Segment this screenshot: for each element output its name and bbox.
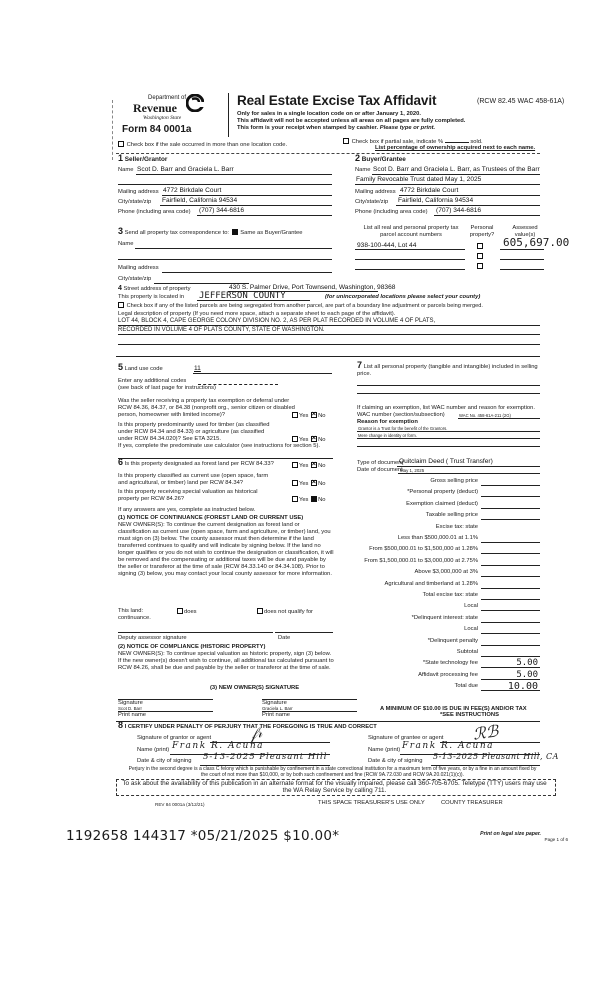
doc-type-field[interactable]: Quitclaim Deed ( Trust Transfer) xyxy=(399,458,493,465)
historic-no-checkbox[interactable] xyxy=(311,496,317,502)
buyer-address-label: Mailing address xyxy=(355,189,396,196)
buyer-phone-label: Phone (including area code) xyxy=(355,209,428,216)
grantor-name-field[interactable]: Frank R. Acuna xyxy=(172,741,264,751)
tax-row-label: Gross selling price xyxy=(430,478,478,485)
tax-row-label: *Delinquent penalty xyxy=(428,638,478,645)
notice1-title: (1) NOTICE OF CONTINUANCE (FOREST LAND O… xyxy=(118,515,303,522)
subtitle-2: This affidavit will not be accepted unle… xyxy=(237,118,465,125)
parcel-number-field[interactable] xyxy=(355,259,465,260)
grantee-date-city-label: Date & city of signing xyxy=(368,758,422,765)
no-label: No xyxy=(318,497,325,503)
corr-name-field[interactable] xyxy=(135,248,332,249)
current-use-no-checkbox[interactable] xyxy=(311,480,317,486)
assessed-value-field[interactable] xyxy=(500,269,544,270)
doc-date-label: Date of document xyxy=(357,467,403,474)
parcels-col-parcel: List all real and personal property tax … xyxy=(355,225,467,239)
reason-label: Reason for exemption xyxy=(357,419,418,426)
multi-location-checkbox[interactable] xyxy=(118,141,124,147)
buyer-name-field-1[interactable]: Scot D. Barr and Graciela L. Barr, as Tr… xyxy=(373,166,540,173)
correspondence-number: 3 xyxy=(118,226,123,236)
notice1-body: NEW OWNER(S): To continue the current de… xyxy=(118,522,334,578)
tax-row-label: Above $3,000,000 at 3% xyxy=(415,569,479,576)
perjury-statement: Perjury in the second degree is a class … xyxy=(125,767,540,779)
current-use-question: Is this property classified as current u… xyxy=(118,473,278,487)
section6-number: 6 xyxy=(118,457,123,467)
seller-city-label: City/state/zip xyxy=(118,199,151,206)
buyer-number: 2 xyxy=(355,153,360,163)
tax-row-value[interactable]: 10.00 xyxy=(508,681,538,692)
located-note: (for unincorporated locations please sel… xyxy=(325,294,480,301)
legal-desc-line-2[interactable]: RECORDED IN VOLUME 4 OF PLATS COUNTY, ST… xyxy=(118,327,325,333)
seller-heading: Seller/Grantor xyxy=(125,156,168,163)
tax-row-label: Total due xyxy=(454,683,478,690)
seller-number: 1 xyxy=(118,153,123,163)
multi-location-label: Check box if the sale occurred in more t… xyxy=(127,142,287,148)
affidavit-page: Department of Revenue Washington State F… xyxy=(0,0,600,998)
does-qualify-checkbox[interactable] xyxy=(177,608,183,614)
same-as-buyer-label: Same as Buyer/Grantee xyxy=(240,230,302,236)
section8-number: 8 xyxy=(118,720,123,730)
seller-address-field[interactable]: 4772 Birkdale Court xyxy=(163,187,221,194)
exemption-question: Was the seller receiving a property tax … xyxy=(118,398,298,419)
tax-row-label: Local xyxy=(464,603,478,610)
seller-phone-field[interactable]: (707) 344-6816 xyxy=(199,207,244,214)
street-label: Street address of property xyxy=(124,286,191,292)
print-name-label: Print name xyxy=(118,712,146,719)
deputy-date-field[interactable] xyxy=(275,632,333,633)
tax-row-label: *State technology fee xyxy=(423,660,478,667)
seller-city-field[interactable]: Fairfield, California 94534 xyxy=(162,197,237,204)
segregated-checkbox[interactable] xyxy=(118,302,124,308)
corr-city-label: City/state/zip xyxy=(118,276,151,283)
does-label: does xyxy=(184,609,197,615)
print-name-label: Print name xyxy=(262,712,290,719)
historic-yes-checkbox[interactable] xyxy=(292,496,298,502)
tax-row-label: *Personal property (deduct) xyxy=(407,489,478,496)
buyer-city-label: City/state/zip xyxy=(355,199,388,206)
does-not-label: does not qualify for xyxy=(264,609,313,615)
seller-name-field[interactable]: Scot D. Barr and Graciela L. Barr xyxy=(137,166,234,173)
yes-label: Yes xyxy=(299,497,308,503)
continuance-label: continuance. xyxy=(118,615,151,622)
dept-revenue: Revenue xyxy=(133,101,177,116)
buyer-heading: Buyer/Grantee xyxy=(362,156,406,163)
corr-name-label: Name xyxy=(118,241,133,248)
print-note: Print on legal size paper. xyxy=(480,831,541,837)
buyer-phone-field[interactable]: (707) 344-6816 xyxy=(436,207,481,214)
subtitle-3-italic: Please type or print. xyxy=(380,125,435,131)
no-label: No xyxy=(318,481,325,487)
parcel-number-field[interactable] xyxy=(355,269,465,270)
does-not-qualify-checkbox[interactable] xyxy=(257,608,263,614)
legal-desc-label: Legal description of property (If you ne… xyxy=(118,311,395,318)
notice2-title: (2) NOTICE OF COMPLIANCE (HISTORIC PROPE… xyxy=(118,644,265,651)
form-title-ref: (RCW 82.45 WAC 458-61A) xyxy=(477,98,564,105)
deputy-sig-label: Deputy assessor signature xyxy=(118,635,187,642)
this-land-label: This land: xyxy=(118,608,143,615)
personal-property-checkbox[interactable] xyxy=(477,243,483,249)
tax-row-label: *Delinquent interest: state xyxy=(412,615,478,622)
section5-number: 5 xyxy=(118,362,123,372)
assessed-value-field[interactable] xyxy=(500,259,544,260)
legal-desc-line-1[interactable]: LOT 44, BLOCK 4, CAPE GEORGE COLONY DIVI… xyxy=(118,318,435,324)
tax-row-label: Subtotal xyxy=(457,649,478,656)
exemption-label: If claiming an exemption, list WAC numbe… xyxy=(357,405,535,412)
personal-property-field[interactable] xyxy=(357,385,540,386)
buyer-name-label: Name xyxy=(355,167,370,174)
personal-property-label: List all personal property (tangible and… xyxy=(357,364,538,377)
tax-row-value[interactable]: 5.00 xyxy=(516,670,538,680)
deputy-signature-field[interactable] xyxy=(118,632,273,633)
wac-label: WAC number (section/subsection) xyxy=(357,412,445,419)
partial-percent-field[interactable] xyxy=(445,142,469,143)
timber-question: Is this property predominantly used for … xyxy=(118,422,278,443)
additional-codes-label: Enter any additional codes xyxy=(118,378,186,385)
county-treasurer-label: COUNTY TREASURER xyxy=(441,800,503,807)
land-use-code-field[interactable]: 11 xyxy=(194,365,201,372)
tax-row-label: Local xyxy=(464,626,478,633)
no-label: No xyxy=(318,413,325,419)
parcels-col-personal: Personal property? xyxy=(467,225,497,239)
rev-number: REV 84 0001a (3/12/21) xyxy=(155,802,205,808)
tax-row-label: Affidavit processing fee xyxy=(418,672,478,679)
seller-name-label: Name xyxy=(118,167,133,174)
personal-property-checkbox[interactable] xyxy=(477,253,483,259)
assessed-value-field[interactable]: 605,697.00 xyxy=(503,236,569,249)
if-yes-note: If any answers are yes, complete as inst… xyxy=(118,507,255,514)
tax-row-label: Excise tax: state xyxy=(436,524,478,531)
accessibility-note: To ask about the availability of this pu… xyxy=(122,781,547,794)
seller-phone-label: Phone (including area code) xyxy=(118,209,191,216)
segregated-label: Check box if any of the listed parcels a… xyxy=(127,303,483,309)
additional-codes-note: (see back of last page for instructions) xyxy=(118,385,216,392)
grantee-date-city-field[interactable]: 5-13-2025 Pleasant Hill, CA xyxy=(433,752,559,761)
yes-label: Yes xyxy=(299,481,308,487)
forest-question: Is this property designated as forest la… xyxy=(125,461,274,467)
tax-row-label: Agricultural and timberland at 1.28% xyxy=(385,581,478,588)
see-instructions: *SEE INSTRUCTIONS xyxy=(440,712,499,719)
buyer-address-field[interactable]: 4772 Birkdale Court xyxy=(400,187,458,194)
tax-row-label: Total excise tax: state xyxy=(423,592,478,599)
tax-row-label: Exemption claimed (deduct) xyxy=(406,501,478,508)
header-divider xyxy=(228,93,229,137)
grantor-date-city-label: Date & city of signing xyxy=(137,758,191,765)
margin-mark xyxy=(112,100,113,160)
tax-row-label: Less than $500,000.01 at 1.1% xyxy=(398,535,478,542)
forest-no-checkbox[interactable] xyxy=(311,462,317,468)
corr-address-field[interactable] xyxy=(162,272,332,273)
yes-label: Yes xyxy=(299,463,308,469)
property-number: 4 xyxy=(118,285,122,292)
exemption-yes-checkbox[interactable] xyxy=(292,412,298,418)
yes-label: Yes xyxy=(299,413,308,419)
form-number: Form 84 0001a xyxy=(122,124,192,135)
timber-yes-checkbox[interactable] xyxy=(292,436,298,442)
tax-row-value[interactable]: 5.00 xyxy=(516,658,538,668)
tax-row-label: From $500,000.01 to $1,500,000 at 1.28% xyxy=(369,546,478,553)
tax-row-label: From $1,500,000.01 to $3,000,000 at 2.75… xyxy=(364,558,478,565)
grantee-name-field[interactable]: Frank R. Acuna xyxy=(402,741,494,751)
exemption-no-checkbox[interactable] xyxy=(311,412,317,418)
current-use-yes-checkbox[interactable] xyxy=(292,480,298,486)
revenue-logo-icon xyxy=(186,94,204,112)
page-number: Page 1 of 6 xyxy=(545,837,569,842)
section7-number: 7 xyxy=(357,360,362,370)
notice2-body: NEW OWNER(S): To continue special valuat… xyxy=(118,651,334,672)
grantor-date-city-field[interactable]: 5-13-2025 Pleasant Hill xyxy=(203,752,327,762)
street-address-field[interactable]: 430 S. Palmer Drive, Port Townsend, Wash… xyxy=(229,284,395,291)
timber-no-checkbox[interactable] xyxy=(311,436,317,442)
tax-row-label: Taxable selling price xyxy=(426,512,478,519)
correspondence-label: Send all property tax correspondence to: xyxy=(125,230,229,236)
located-label: This property is located in xyxy=(118,294,184,301)
timber-note: If yes, complete the predominate use cal… xyxy=(118,443,333,450)
subtitle-3: This form is your receipt when stamped b… xyxy=(237,125,378,131)
historic-question: Is this property receiving special valua… xyxy=(118,489,278,503)
no-label: No xyxy=(318,463,325,469)
land-use-label: Land use code xyxy=(125,366,163,372)
partial-note: List percentage of ownership acquired ne… xyxy=(375,145,535,152)
header-rule xyxy=(116,153,540,154)
buyer-city-field[interactable]: Fairfield, California 94534 xyxy=(398,197,473,204)
grantee-name-label: Name (print) xyxy=(368,747,400,754)
partial-sale-checkbox[interactable] xyxy=(343,138,349,144)
deputy-date-label: Date xyxy=(278,635,290,642)
forest-yes-checkbox[interactable] xyxy=(292,462,298,468)
new-owner-sig-heading: (3) NEW OWNER(S) SIGNATURE xyxy=(210,685,299,692)
same-as-buyer-checkbox[interactable] xyxy=(232,229,238,235)
form-title: Real Estate Excise Tax Affidavit xyxy=(237,93,436,108)
subtitle-1: Only for sales in a single location code… xyxy=(237,111,421,118)
dept-state: Washington State xyxy=(143,115,181,121)
parcel-number-field[interactable]: 938-100-444, Lot 44 xyxy=(357,242,416,249)
seller-address-label: Mailing address xyxy=(118,189,159,196)
buyer-name-field-2[interactable]: Family Revocable Trust dated May 1, 2025 xyxy=(356,176,481,183)
corr-address-label: Mailing address xyxy=(118,265,159,272)
grantor-name-label: Name (print) xyxy=(137,747,169,754)
treasurer-use-label: THIS SPACE TREASURER'S USE ONLY xyxy=(318,800,425,807)
cashier-stamp: 1192658 144317 *05/21/2025 $10.00* xyxy=(66,828,339,844)
personal-property-checkbox[interactable] xyxy=(477,263,483,269)
